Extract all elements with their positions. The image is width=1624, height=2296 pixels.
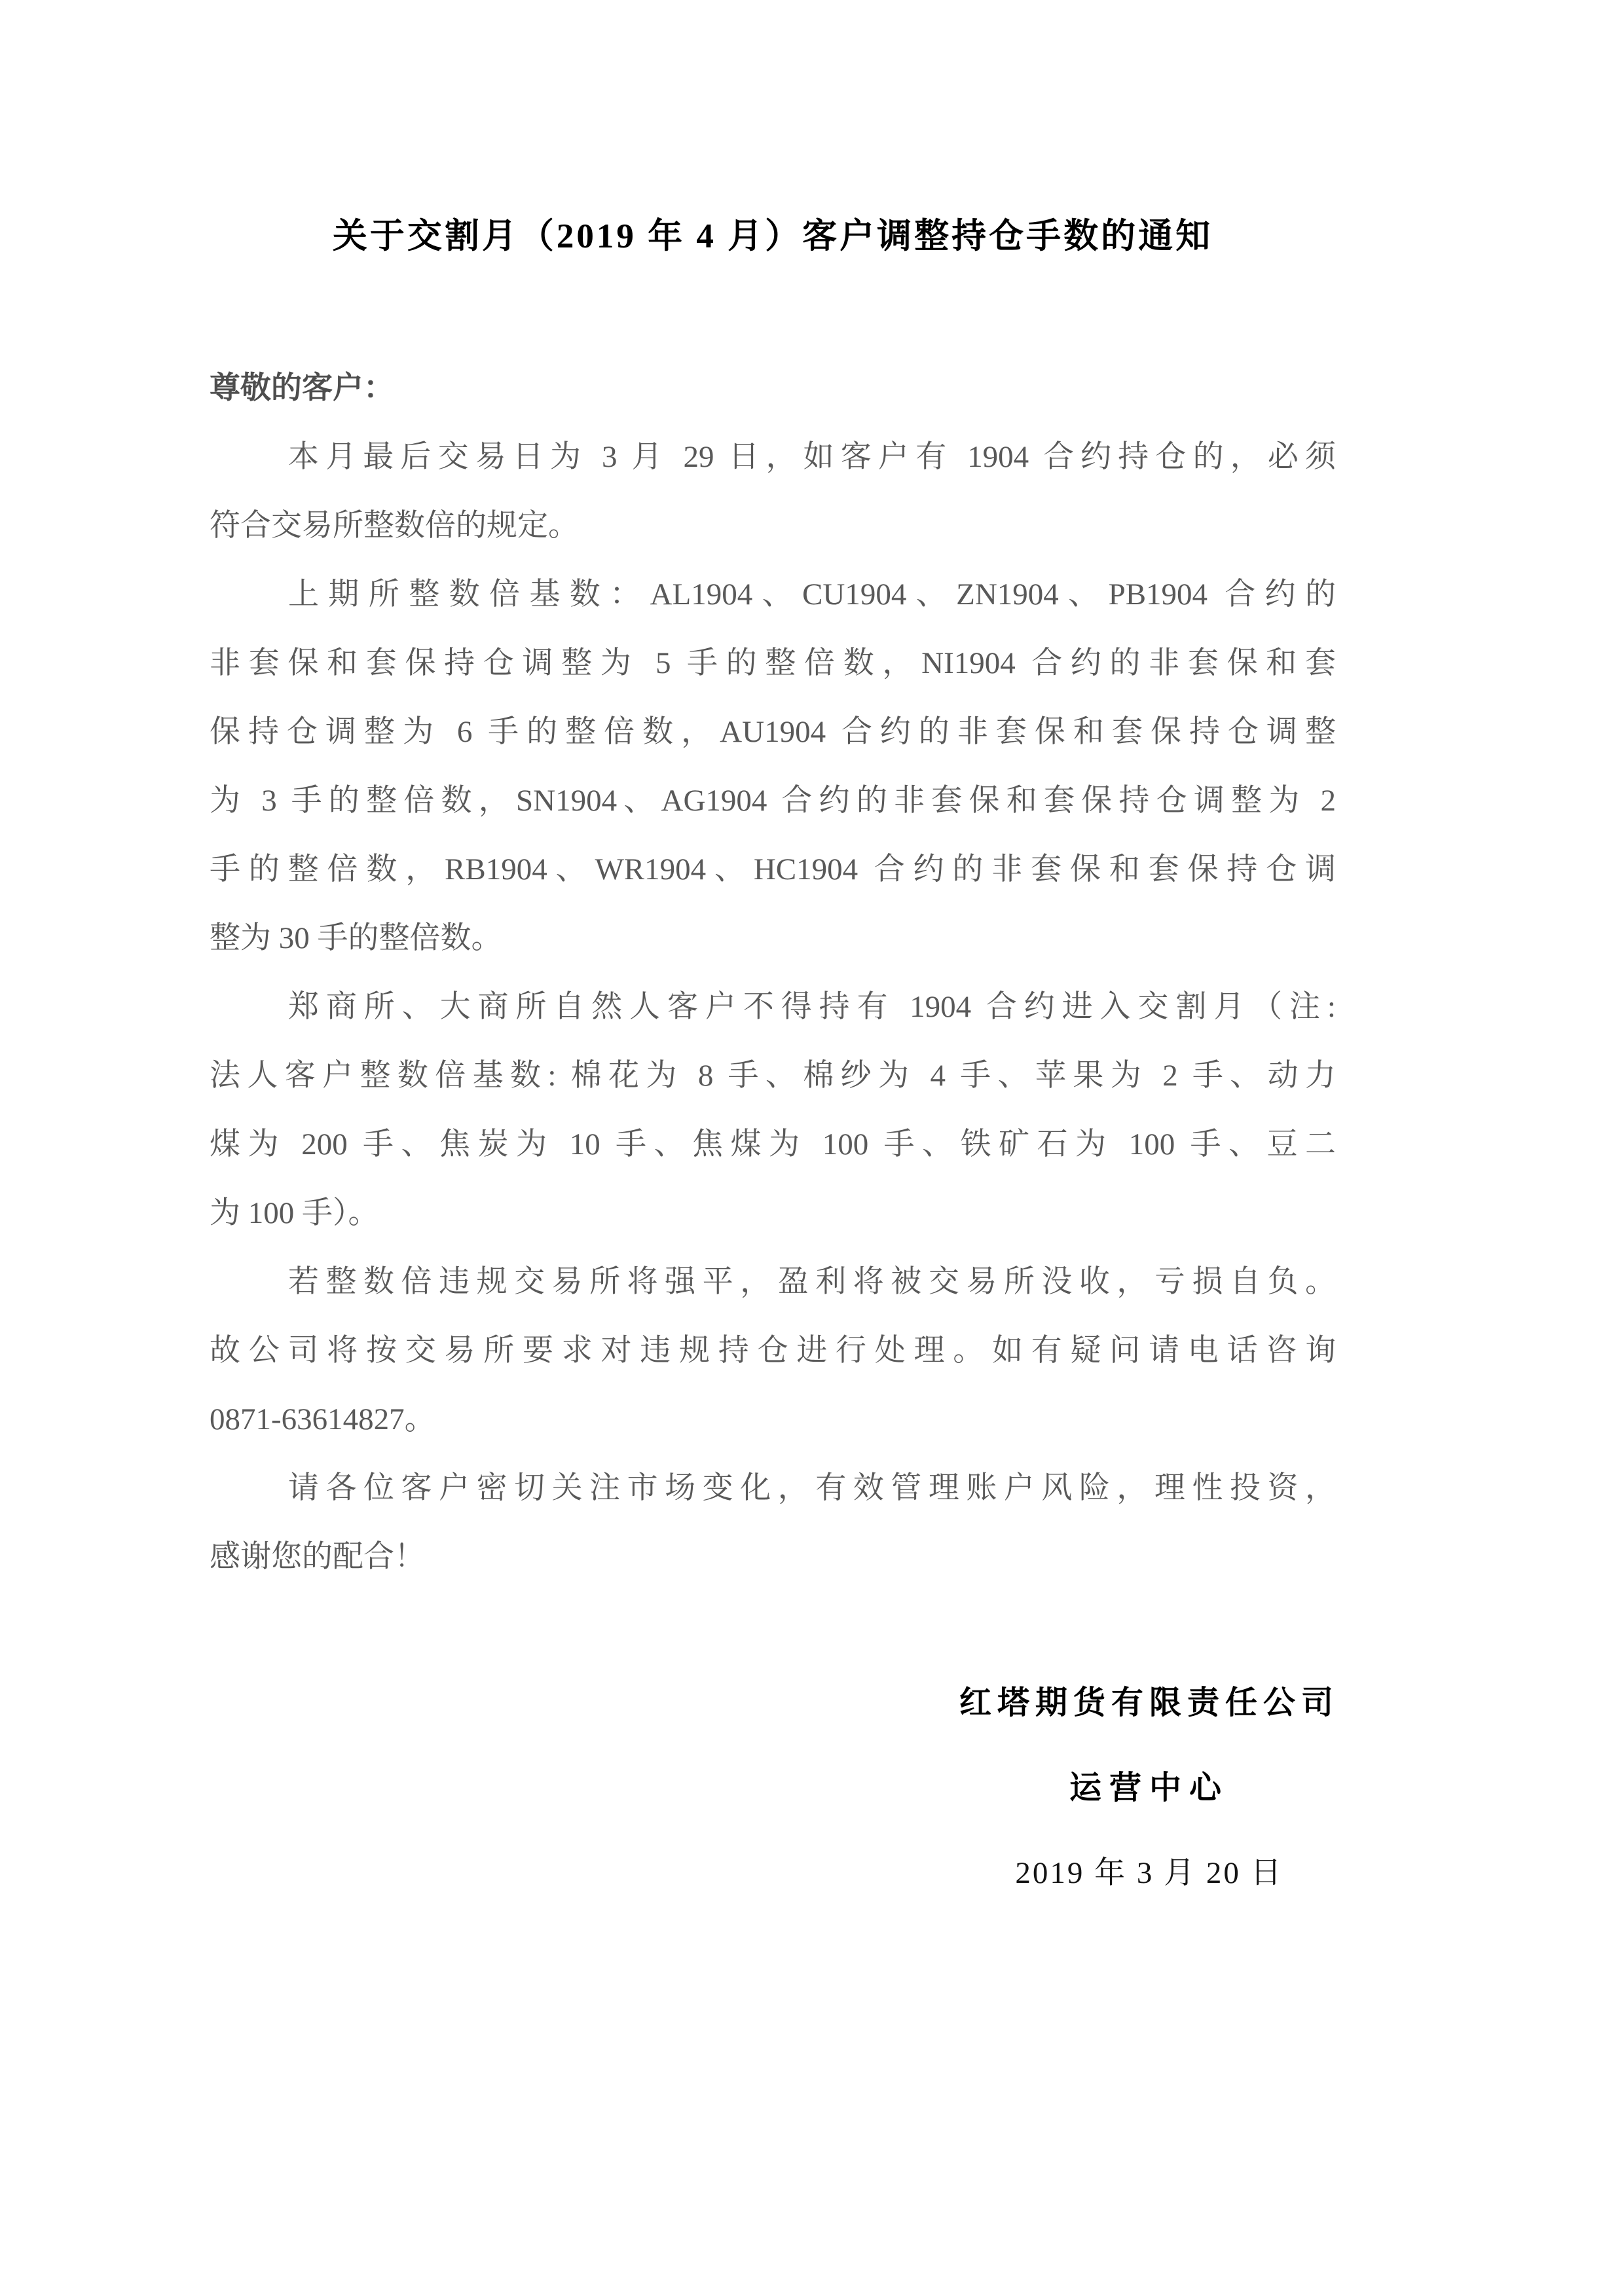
body-line: 为 100 手）。: [210, 1179, 1336, 1248]
body-line: 整为 30 手的整倍数。: [210, 904, 1336, 973]
document-body: 尊敬的客户： 本月最后交易日为 3 月 29 日，如客户有 1904 合约持仓的…: [210, 354, 1336, 1592]
signature-date: 2019 年 3 月 20 日: [855, 1857, 1444, 1891]
signature-company: 红塔期货有限责任公司: [855, 1685, 1444, 1721]
body-line: 故公司将按交易所要求对违规持仓进行处理。如有疑问请电话咨询: [210, 1317, 1336, 1385]
body-line: 本月最后交易日为 3 月 29 日，如客户有 1904 合约持仓的，必须: [210, 423, 1336, 492]
body-line: 保持仓调整为 6 手的整倍数，AU1904 合约的非套保和套保持仓调整: [210, 698, 1336, 767]
body-line: 煤为 200 手、焦炭为 10 手、焦煤为 100 手、铁矿石为 100 手、豆…: [210, 1110, 1336, 1179]
signature-department: 运营中心: [855, 1770, 1444, 1806]
body-line: 为 3 手的整倍数，SN1904、AG1904 合约的非套保和套保持仓调整为 2: [210, 767, 1336, 835]
body-line: 法人客户整数倍基数: 棉花为 8 手、棉纱为 4 手、苹果为 2 手、动力: [210, 1042, 1336, 1110]
body-line: 感谢您的配合！: [210, 1523, 1336, 1592]
document-title: 关于交割月（2019 年 4 月）客户调整持仓手数的通知: [210, 217, 1336, 257]
body-line: 请各位客户密切关注市场变化，有效管理账户风险，理性投资，: [210, 1454, 1336, 1523]
body-line: 符合交易所整数倍的规定。: [210, 492, 1336, 560]
body-line: 若整数倍违规交易所将强平，盈利将被交易所没收，亏损自负。: [210, 1248, 1336, 1317]
body-line: 非套保和套保持仓调整为 5 手的整倍数，NI1904 合约的非套保和套: [210, 629, 1336, 698]
body-line: 上期所整数倍基数：AL1904、CU1904、ZN1904、PB1904 合约的: [210, 560, 1336, 629]
body-line: 手的整倍数，RB1904、WR1904、HC1904 合约的非套保和套保持仓调: [210, 835, 1336, 904]
salutation: 尊敬的客户：: [210, 354, 1336, 423]
phone-line: 0871-63614827。: [210, 1385, 1336, 1454]
document-page: 关于交割月（2019 年 4 月）客户调整持仓手数的通知 尊敬的客户： 本月最后…: [0, 0, 1624, 2296]
body-line: 郑商所、大商所自然人客户不得持有 1904 合约进入交割月（注:: [210, 973, 1336, 1042]
